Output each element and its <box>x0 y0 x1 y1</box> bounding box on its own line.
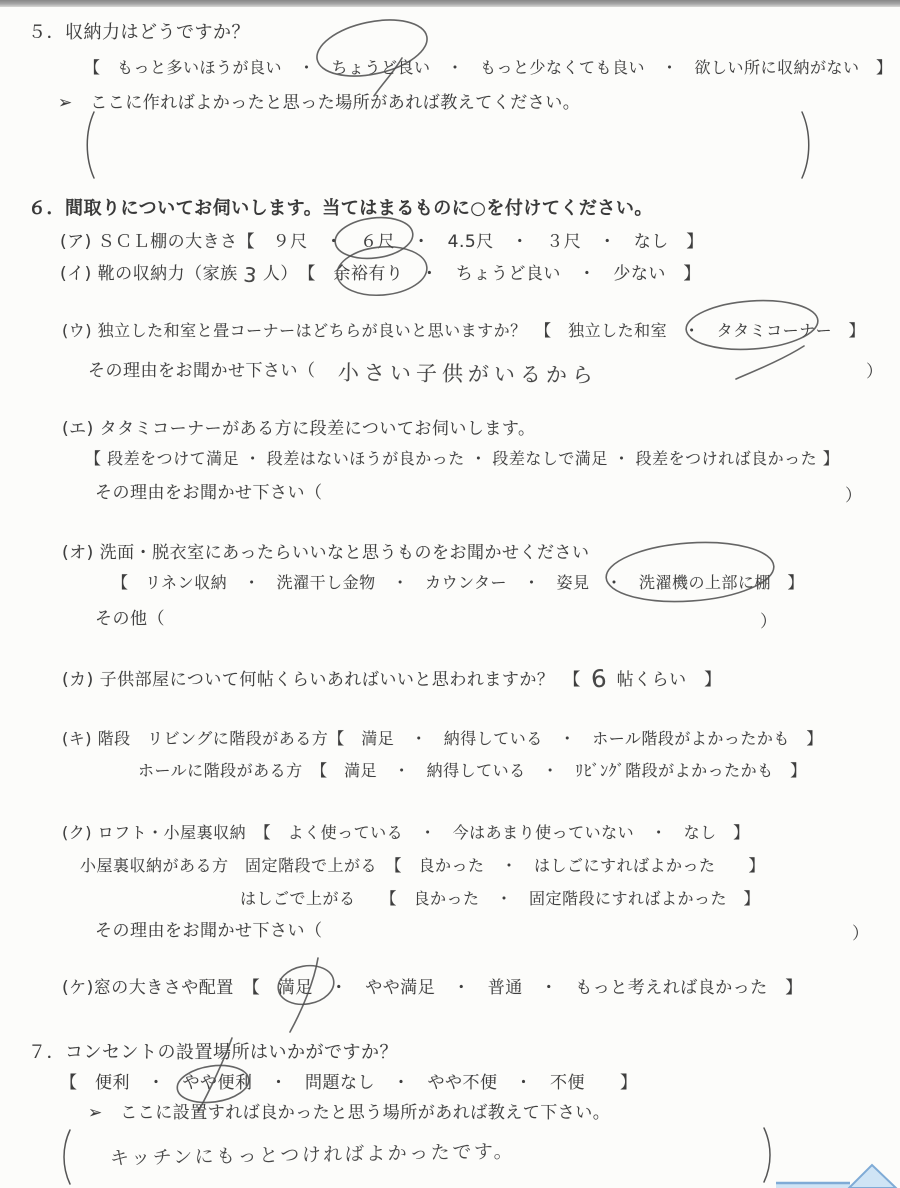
q6-item-f: (カ) 子供部屋について何帖くらいあればいいと思われますか？ 【6帖くらい 】 <box>62 663 722 691</box>
q6-item-b-suffix: 人） 【 余裕有り ・ ちょうど良い ・ 少ない 】 <box>263 264 701 284</box>
q6-item-h-line3: はしごで上がる 【 良かった ・ 固定階段にすればよかった 】 <box>240 886 760 909</box>
q7-answer-box-paren-left <box>64 1130 70 1184</box>
q6-item-g-line2: ホールに階段がある方 【 満足 ・ 納得している ・ ﾘﾋﾞﾝｸﾞ階段がよかった… <box>138 758 807 781</box>
blue-arrow-body <box>776 1184 850 1188</box>
handwritten-family-count: 3 <box>242 262 258 287</box>
q5-answer-box-paren-right <box>802 112 809 178</box>
q6-item-h-line2: 小屋裏収納がある方 固定階段で上がる 【 良かった ・ はしごにすればよかった … <box>80 853 765 876</box>
handwritten-outlet-comment: キッチンにもっとつければよかったです。 <box>110 1136 516 1170</box>
q6-item-a: (ア) ＳＣＬ棚の大きさ【 ９尺 ・ ６尺 ・ 4.5尺 ・ ３尺 ・ なし 】 <box>60 227 704 252</box>
q5-followup-prompt: ➢ ここに作ればよかったと思った場所があれば教えてください。 <box>58 88 580 113</box>
q6-item-c: (ウ) 独立した和室と畳コーナーはどちらが良いと思いますか？ 【 独立した和室 … <box>62 318 865 341</box>
q7-options: 【 便利 ・ やや便利 ・ 問題なし ・ やや不便 ・ 不便 】 <box>60 1068 638 1093</box>
q6-item-b-prefix: (イ) 靴の収納力（家族 <box>60 264 238 284</box>
q6-item-e-other: その他（ <box>95 604 165 629</box>
q6-e-other-close-paren: ） <box>760 607 777 632</box>
q6-item-e: (オ) 洗面・脱衣室にあったらいいなと思うものをお聞かせください <box>62 538 590 563</box>
q6-item-i: (ケ)窓の大きさや配置 【 満足 ・ やや満足 ・ 普通 ・ もっと考えれば良か… <box>62 973 803 998</box>
q6-item-d-options: 【 段差をつけて満足 ・ 段差はないほうが良かった ・ 段差なしで満足 ・ 段差… <box>85 446 839 469</box>
q5-options: 【 もっと多いほうが良い ・ ちょうど良い ・ もっと少なくても良い ・ 欲しい… <box>84 55 893 78</box>
q6-d-reason-close-paren: ） <box>845 481 862 506</box>
q6-item-c-reason: その理由をお聞かせ下さい（小さい子供がいるから <box>88 353 598 383</box>
q7-answer-box-paren-right <box>764 1128 770 1182</box>
q6-item-d-reason: その理由をお聞かせ下さい（ <box>95 478 323 503</box>
q6-item-h-line1: (ク) ロフト・小屋裏収納 【 よく使っている ・ 今はあまり使っていない ・ … <box>62 820 750 843</box>
q5-title: ５．収納力はどうですか？ <box>28 18 250 44</box>
q7-followup-prompt: ➢ ここに設置すれば良かったと思う場所があれば教えて下さい。 <box>88 1098 610 1123</box>
q7-title: ７．コンセントの設置場所はいかがですか？ <box>28 1038 398 1064</box>
q6-item-b: (イ) 靴の収納力（家族3人） 【 余裕有り ・ ちょうど良い ・ 少ない 】 <box>60 259 701 284</box>
scanned-questionnaire-page: ５．収納力はどうですか？ 【 もっと多いほうが良い ・ ちょうど良い ・ もっと… <box>0 0 900 1188</box>
scan-edge-artifact <box>0 0 900 7</box>
q6-c-reason-label: その理由をお聞かせ下さい（ <box>88 361 316 381</box>
q6-item-g-line1: (キ) 階段 リビングに階段がある方【 満足 ・ 納得している ・ ホール階段が… <box>62 726 823 749</box>
q6-c-reason-close-paren: ） <box>866 357 883 382</box>
q6-item-e-options: 【 リネン収納 ・ 洗濯干し金物 ・ カウンター ・ 姿見 ・ 洗濯機の上部に棚… <box>112 570 804 593</box>
q6-item-h-reason: その理由をお聞かせ下さい（ <box>95 916 323 941</box>
q6-item-d: (エ) タタミコーナーがある方に段差についてお伺いします。 <box>62 414 535 439</box>
handwritten-tatami-reason: 小さい子供がいるから <box>337 357 597 390</box>
handwritten-child-room-size: 6 <box>590 664 608 693</box>
q5-answer-box-paren-left <box>87 112 94 178</box>
blue-arrow-head <box>849 1165 896 1188</box>
circle-tatami-corner-tail <box>736 346 804 379</box>
q6-title: ６．間取りについてお伺いします。当てはまるものに○を付けてください。 <box>28 194 653 220</box>
q6-item-f-prefix: (カ) 子供部屋について何帖くらいあればいいと思われますか？ 【 <box>62 670 581 690</box>
handwritten-annotations-overlay <box>0 0 900 1188</box>
q6-item-f-suffix: 帖くらい 】 <box>617 670 722 690</box>
q6-h-reason-close-paren: ） <box>852 919 869 944</box>
